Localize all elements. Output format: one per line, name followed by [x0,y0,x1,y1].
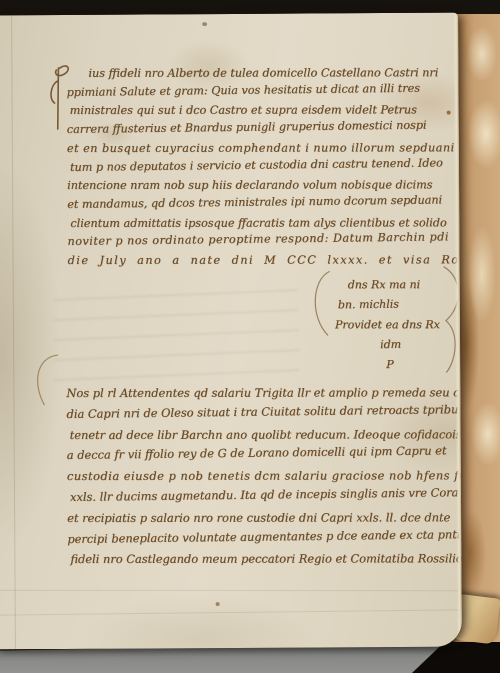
text-line: noviter p nos ordinato peroptime respond… [67,229,455,252]
letter-text-block: ius ffideli nro Alberto de tulea domicel… [66,63,455,271]
fold-crease [0,590,462,591]
manuscript-page: ius ffideli nro Alberto de tulea domicel… [0,13,462,650]
brace-left-flourish-icon [308,265,334,345]
text-line: percipi beneplacito voluntate augmentant… [67,524,459,550]
note-line: Providet ea dns Rx [335,315,460,335]
text-line: fideli nro Castlegando meum peccatori Re… [70,549,459,570]
note-line: bn. michlis [338,294,460,315]
text-line: ppimiani Salute et gram: Quia vos hesita… [66,79,454,102]
note-line: idm [380,334,460,355]
ink-speck [202,22,207,26]
verso-show-through [54,286,300,387]
text-line: tum p nos deputatos i servicio et custod… [70,154,455,177]
manuscript-photo: ius ffideli nro Alberto de tulea domicel… [0,0,500,673]
date-line: die July ano a nate dni M CCC lxxxx. et … [68,251,456,270]
second-letter-text-block: Nos pl rl Attendentes qd salariu Trigita… [66,381,459,571]
note-line: dns Rx ma ni [348,275,460,295]
text-line: carrera ffusterius et Bnardus punigli gr… [67,116,455,139]
note-line: P [386,355,460,375]
text-line: a decca fr vii ffolio rey de G de Lorano… [67,441,459,467]
text-line: et mandamus, qd dcos tres ministrales ip… [67,191,455,214]
chancery-note-block: dns Rx ma ni bn. michlis Providet ea dns… [332,275,461,376]
fold-crease [0,609,462,615]
ink-speck [216,602,220,606]
text-line: xxls. llr ducims augmetandu. Ita qd de i… [70,482,459,508]
margin-bracket-flourish-icon [30,349,60,411]
gutter-fold-line [11,15,16,649]
text-line: dia Capri nri de Oleso situat i tra Ciui… [66,399,458,425]
